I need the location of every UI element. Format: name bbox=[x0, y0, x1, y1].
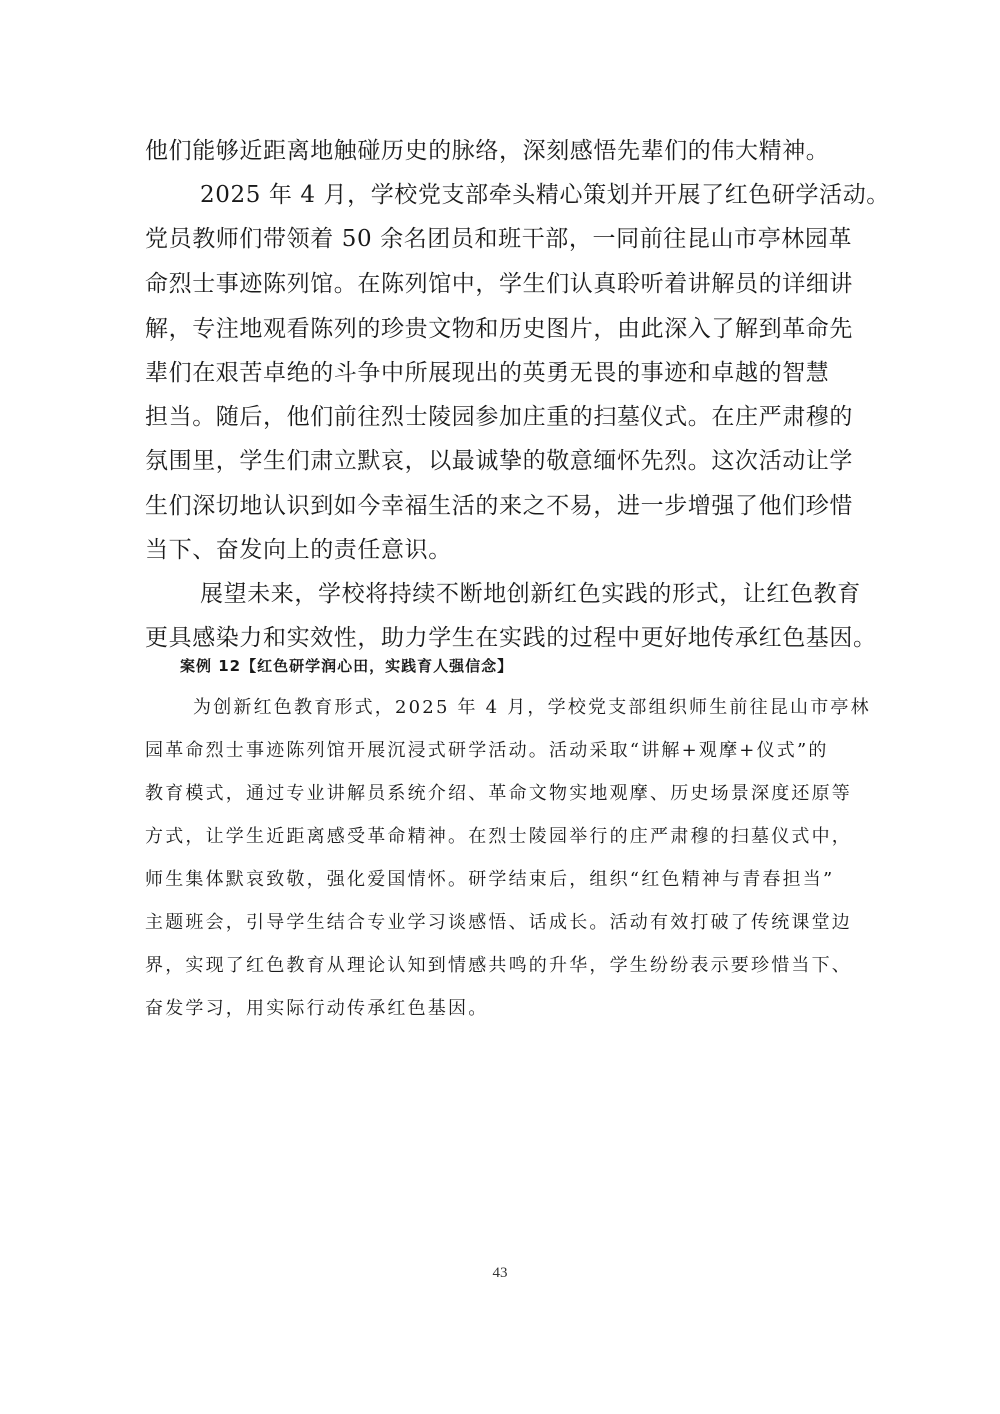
body-line: 当下、奋发向上的责任意识。 bbox=[145, 535, 865, 565]
case-line: 方式，让学生近距离感受革命精神。在烈士陵园举行的庄严肃穆的扫墓仪式中， bbox=[145, 825, 865, 849]
paragraph-first-line: 2025 年 4 月，学校党支部牵头精心策划并开展了红色研学活动。 bbox=[200, 180, 865, 210]
case-line: 教育模式，通过专业讲解员系统介绍、革命文物实地观摩、历史场景深度还原等 bbox=[145, 782, 865, 806]
case-line: 主题班会，引导学生结合专业学习谈感悟、话成长。活动有效打破了传统课堂边 bbox=[145, 911, 865, 935]
page-number: 43 bbox=[0, 1265, 1000, 1282]
case-line: 界，实现了红色教育从理论认知到情感共鸣的升华，学生纷纷表示要珍惜当下、 bbox=[145, 954, 865, 978]
document-page: 他们能够近距离地触碰历史的脉络，深刻感悟先辈们的伟大精神。 2025 年 4 月… bbox=[0, 0, 1000, 1414]
body-line: 辈们在艰苦卓绝的斗争中所展现出的英勇无畏的事迹和卓越的智慧 bbox=[145, 358, 865, 388]
case-heading: 案例 12【红色研学润心田，实践育人强信念】 bbox=[180, 655, 513, 677]
case-line: 奋发学习，用实际行动传承红色基因。 bbox=[145, 997, 865, 1021]
body-line: 担当。随后，他们前往烈士陵园参加庄重的扫墓仪式。在庄严肃穆的 bbox=[145, 402, 865, 432]
body-line: 生们深切地认识到如今幸福生活的来之不易，进一步增强了他们珍惜 bbox=[145, 491, 865, 521]
body-line: 解，专注地观看陈列的珍贵文物和历史图片，由此深入了解到革命先 bbox=[145, 314, 865, 344]
body-line: 命烈士事迹陈列馆。在陈列馆中，学生们认真聆听着讲解员的详细讲 bbox=[145, 269, 865, 299]
body-line: 氛围里，学生们肃立默哀，以最诚挚的敬意缅怀先烈。这次活动让学 bbox=[145, 446, 865, 476]
case-line: 园革命烈士事迹陈列馆开展沉浸式研学活动。活动采取“讲解+观摩+仪式”的 bbox=[145, 739, 865, 763]
body-line: 更具感染力和实效性，助力学生在实践的过程中更好地传承红色基因。 bbox=[145, 623, 865, 653]
paragraph-first-line: 展望未来，学校将持续不断地创新红色实践的形式，让红色教育 bbox=[200, 579, 865, 609]
body-line: 党员教师们带领着 50 余名团员和班干部，一同前往昆山市亭林园革 bbox=[145, 224, 865, 254]
case-line: 师生集体默哀致敬，强化爱国情怀。研学结束后，组织“红色精神与青春担当” bbox=[145, 868, 865, 892]
body-line: 他们能够近距离地触碰历史的脉络，深刻感悟先辈们的伟大精神。 bbox=[145, 136, 865, 166]
case-first-line: 为创新红色教育形式，2025 年 4 月，学校党支部组织师生前往昆山市亭林 bbox=[193, 696, 913, 720]
